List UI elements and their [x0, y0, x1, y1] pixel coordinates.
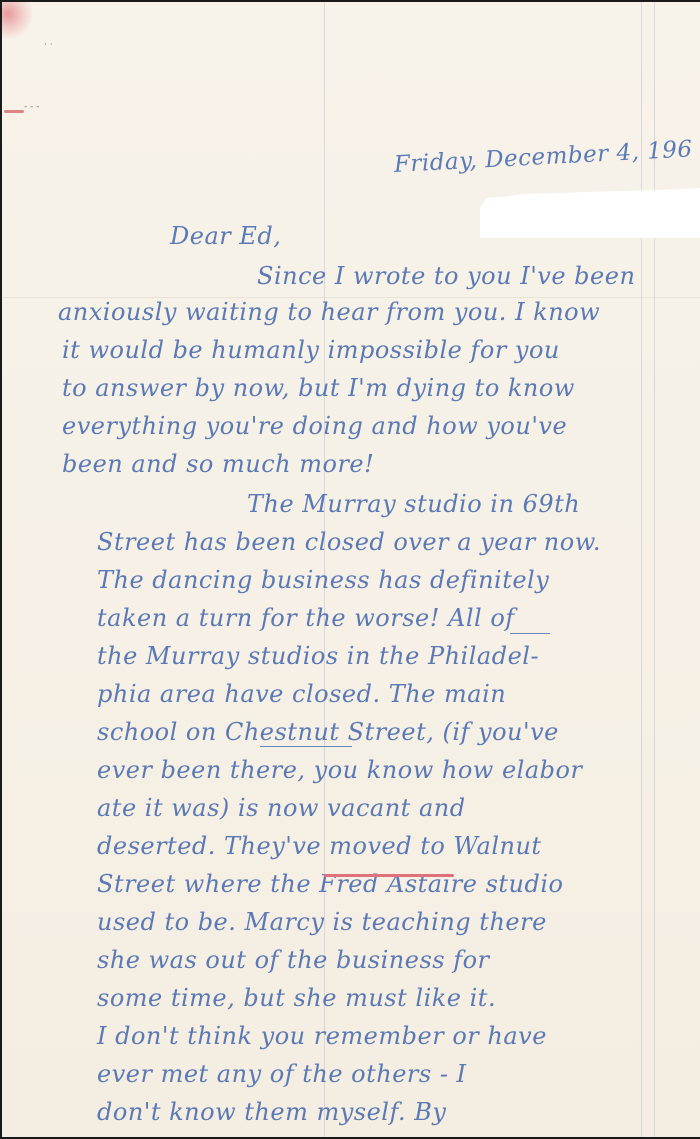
red-smudge: [4, 110, 24, 113]
vertical-rule: [641, 2, 642, 1137]
underline-chestnut: [260, 746, 352, 747]
vertical-rule: [654, 2, 655, 1137]
letter-line: anxiously waiting to hear from you. I kn…: [58, 300, 600, 324]
letter-line: it would be humanly impossible for you: [62, 338, 560, 362]
letter-line: to answer by now, but I'm dying to know: [62, 376, 575, 400]
letter-line: school on Chestnut Street, (if you've: [97, 720, 559, 744]
letter-line: The dancing business has definitely: [97, 568, 549, 592]
letter-line: she was out of the business for: [97, 948, 490, 972]
letter-line: ever met any of the others - I: [97, 1062, 467, 1086]
letter-line: I don't think you remember or have: [97, 1024, 547, 1048]
paper-mark: · ·: [44, 40, 53, 50]
letter-line: phia area have closed. The main: [97, 682, 506, 706]
letter-line: used to be. Marcy is teaching there: [97, 910, 547, 934]
letter-line: ever been there, you know how elabor: [97, 758, 582, 782]
paper-mark: - - -: [24, 102, 39, 112]
letter-line: taken a turn for the worse! All of: [97, 606, 515, 630]
letter-line: don't know them myself. By: [97, 1100, 446, 1124]
letter-line: the Murray studios in the Philadel-: [97, 644, 539, 668]
letter-line: Street has been closed over a year now.: [97, 530, 601, 554]
red-ink-stain: [2, 2, 32, 42]
letter-line: been and so much more!: [62, 452, 374, 476]
letter-page: · · - - - Friday, December 4, 196 Dear E…: [2, 2, 700, 1137]
torn-corner: [480, 188, 700, 238]
letter-line: deserted. They've moved to Walnut: [97, 834, 542, 858]
letter-line: some time, but she must like it.: [97, 986, 496, 1010]
salutation: Dear Ed,: [170, 224, 281, 248]
letter-line: everything you're doing and how you've: [62, 414, 567, 438]
letter-line: ate it was) is now vacant and: [97, 796, 466, 820]
date-line: Friday, December 4, 196: [393, 138, 693, 177]
letter-line: The Murray studio in 69th: [247, 492, 580, 516]
underline-all: [510, 633, 550, 634]
letter-line: Since I wrote to you I've been: [257, 264, 635, 288]
red-underline-marcy: [324, 874, 454, 877]
